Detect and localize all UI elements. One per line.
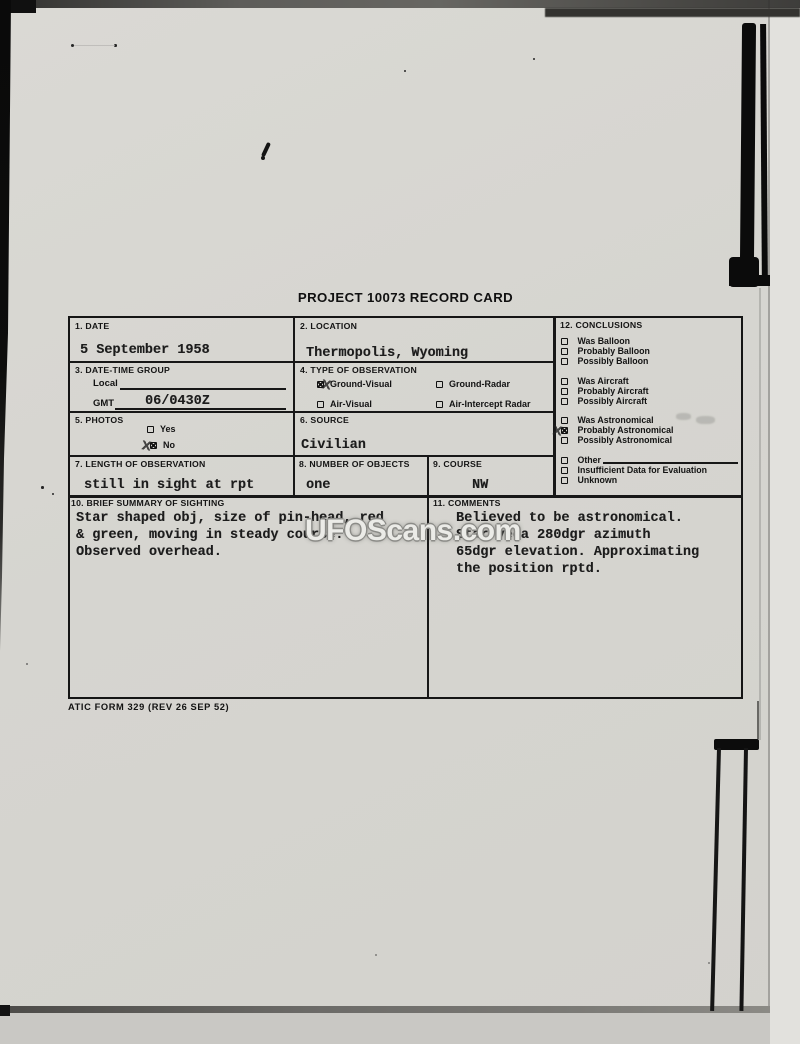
film-mark-bottom-dash [757, 701, 759, 739]
checkbox-icon [317, 381, 324, 388]
checkbox-icon [436, 381, 443, 388]
scanned-record-card-page: PROJECT 10073 RECORD CARD 1. DATE 5 Sept… [0, 0, 800, 1044]
conclusion-probably-aircraft: Probably Aircraft [561, 387, 649, 396]
gmt-label: GMT [93, 399, 114, 409]
comments-line: the position rptd. [456, 561, 602, 578]
watermark: UFOScans.com [305, 516, 521, 546]
page-edge-strip [770, 0, 800, 1044]
conclusions-label: 12. CONCLUSIONS [560, 321, 642, 330]
option-label: Ground-Radar [449, 380, 510, 389]
type-of-observation-label: 4. TYPE OF OBSERVATION [300, 366, 417, 375]
brief-summary-line: Observed overhead. [76, 544, 222, 561]
scan-faint-line [74, 45, 115, 46]
conclusion-label: Was Aircraft [578, 377, 629, 386]
course-label: 9. COURSE [433, 460, 482, 469]
page-title: PROJECT 10073 RECORD CARD [68, 291, 743, 304]
scan-speck [404, 70, 406, 72]
conclusion-label: Possibly Balloon [578, 357, 649, 366]
number-of-objects-label: 8. NUMBER OF OBJECTS [299, 460, 410, 469]
conclusion-unknown: Unknown [561, 476, 617, 485]
film-mark-bottom-right-leg [739, 748, 748, 1011]
grid-line [293, 316, 295, 497]
scan-speck [52, 493, 54, 495]
location-value: Thermopolis, Wyoming [306, 345, 468, 362]
checkbox-icon [561, 417, 568, 424]
brief-summary-line: & green, moving in steady course. [76, 527, 343, 544]
source-value: Civilian [301, 437, 366, 454]
option-photos-yes: Yes [147, 425, 176, 434]
checkbox-icon [561, 348, 568, 355]
option-label: Yes [160, 425, 176, 434]
location-label: 2. LOCATION [300, 322, 357, 331]
number-of-objects-value: one [306, 477, 330, 494]
scan-speck [708, 962, 710, 964]
length-of-observation-label: 7. LENGTH OF OBSERVATION [75, 460, 206, 469]
scan-top-band [0, 0, 800, 8]
checkbox-icon [561, 457, 568, 464]
form-number: ATIC FORM 329 (REV 26 SEP 52) [68, 703, 229, 712]
pen-stroke-mark [261, 142, 271, 157]
film-mark-top-right-thin [760, 24, 768, 286]
conclusion-possibly-aircraft: Possibly Aircraft [561, 397, 647, 406]
conclusion-other: Other [561, 456, 601, 465]
option-ground-visual: Ground-Visual [317, 380, 392, 389]
checkbox-icon [561, 477, 568, 484]
page-edge-faint-line [759, 288, 761, 740]
checkbox-icon [561, 388, 568, 395]
grid-line [553, 316, 556, 497]
date-value: 5 September 1958 [80, 342, 210, 359]
film-mark-top-right-join [729, 275, 770, 286]
length-of-observation-value: still in sight at rpt [84, 477, 254, 494]
pen-dot-mark [261, 156, 265, 160]
option-air-visual: Air-Visual [317, 400, 372, 409]
grid-line [68, 411, 553, 413]
conclusion-label: Unknown [578, 476, 618, 485]
scan-bottom-area [0, 1013, 770, 1044]
film-mark-bottom-left-leg [710, 748, 721, 1011]
conclusion-label: Probably Aircraft [578, 387, 649, 396]
source-label: 6. SOURCE [300, 416, 349, 425]
option-photos-no: No [150, 441, 175, 450]
date-label: 1. DATE [75, 322, 109, 331]
photos-label: 5. PHOTOS [75, 416, 123, 425]
grid-line [68, 455, 553, 457]
option-label: Air-Intercept Radar [449, 400, 531, 409]
checkbox-icon [561, 398, 568, 405]
conclusion-insufficient-data: Insufficient Data for Evaluation [561, 466, 707, 475]
conclusion-was-astronomical: Was Astronomical [561, 416, 654, 425]
comments-label: 11. COMMENTS [433, 499, 501, 508]
option-ground-radar: Ground-Radar [436, 380, 510, 389]
checkbox-icon [561, 437, 568, 444]
option-label: Ground-Visual [330, 380, 392, 389]
checkbox-icon [317, 401, 324, 408]
scan-speck [26, 663, 28, 665]
grid-line [427, 455, 429, 699]
conclusion-label: Probably Astronomical [578, 426, 674, 435]
conclusion-label: Other [578, 456, 601, 465]
checkbox-icon [561, 358, 568, 365]
scan-left-strip [0, 0, 12, 740]
checkbox-icon [147, 426, 154, 433]
checkbox-icon [436, 401, 443, 408]
scan-speck [41, 486, 44, 489]
checkbox-icon [561, 467, 568, 474]
scan-speck [375, 954, 377, 956]
conclusion-probably-balloon: Probably Balloon [561, 347, 650, 356]
page-edge-seam [768, 0, 770, 1044]
course-value: NW [472, 477, 488, 494]
local-label: Local [93, 379, 118, 389]
gmt-value: 06/0430Z [145, 393, 210, 410]
checkbox-icon [150, 442, 157, 449]
other-underline [603, 462, 738, 464]
film-mark-top-right [740, 23, 756, 263]
date-time-group-label: 3. DATE-TIME GROUP [75, 366, 170, 375]
local-underline [120, 388, 286, 390]
conclusion-label: Insufficient Data for Evaluation [578, 466, 708, 475]
checkbox-icon [561, 338, 568, 345]
conclusion-label: Was Astronomical [578, 416, 654, 425]
scan-top-band-right [545, 8, 800, 17]
scan-speck [533, 58, 535, 60]
checkbox-icon [561, 378, 568, 385]
checkbox-icon [561, 427, 568, 434]
conclusion-was-aircraft: Was Aircraft [561, 377, 629, 386]
option-air-intercept-radar: Air-Intercept Radar [436, 400, 531, 409]
conclusion-possibly-astronomical: Possibly Astronomical [561, 436, 672, 445]
conclusion-label: Possibly Astronomical [578, 436, 673, 445]
scan-corner-chip [0, 1005, 10, 1016]
conclusion-was-balloon: Was Balloon [561, 337, 630, 346]
option-label: Air-Visual [330, 400, 372, 409]
conclusion-possibly-balloon: Possibly Balloon [561, 357, 648, 366]
conclusion-label: Was Balloon [578, 337, 630, 346]
option-label: No [163, 441, 175, 450]
conclusion-label: Possibly Aircraft [578, 397, 648, 406]
conclusion-probably-astronomical: Probably Astronomical [561, 426, 673, 435]
conclusion-label: Probably Balloon [578, 347, 650, 356]
brief-summary-label: 10. BRIEF SUMMARY OF SIGHTING [71, 499, 225, 508]
